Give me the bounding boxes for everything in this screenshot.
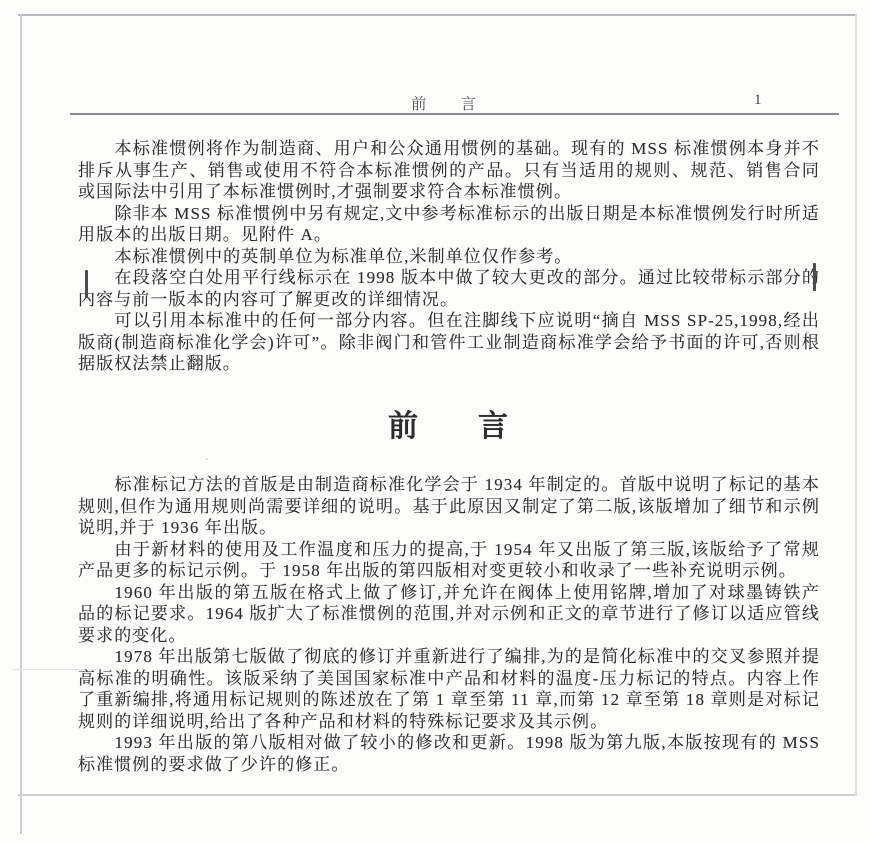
intro-paragraph: 本标准惯例将作为制造商、用户和公众通用惯例的基础。现有的 MSS 标准惯例本身并… xyxy=(78,138,820,203)
history-paragraph: 1978 年出版第七版做了彻底的修订并重新进行了编排,为的是简化标准中的交叉参照… xyxy=(78,646,820,732)
history-paragraph: 标准标记方法的首版是由制造商标准化学会于 1934 年制定的。首版中说明了标记的… xyxy=(78,474,820,539)
history-paragraph: 1960 年出版的第五版在格式上做了修订,并允许在阀体上使用铭牌,增加了对球墨铸… xyxy=(78,582,820,647)
scan-frame-right-line xyxy=(855,14,857,796)
revision-mark-left-bar xyxy=(85,270,88,298)
intro-paragraph: 可以引用本标准中的任何一部分内容。但在注脚线下应说明“摘自 MSS SP-25,… xyxy=(78,310,820,375)
intro-paragraph: 除非本 MSS 标准惯例中另有规定,文中参考标准标示的出版日期是本标准惯例发行时… xyxy=(78,203,820,246)
scan-frame-top-line xyxy=(18,14,857,16)
history-text-block: 标准标记方法的首版是由制造商标准化学会于 1934 年制定的。首版中说明了标记的… xyxy=(78,474,820,775)
scan-speck xyxy=(205,458,208,460)
running-header-title: 前 言 xyxy=(411,92,477,114)
section-heading-preface: 前 言 xyxy=(388,410,508,444)
scan-frame-left-line xyxy=(20,14,22,834)
intro-text-block: 本标准惯例将作为制造商、用户和公众通用惯例的基础。现有的 MSS 标准惯例本身并… xyxy=(78,138,820,375)
history-paragraph: 1993 年出版的第八版相对做了较小的修改和更新。1998 版为第九版,本版按现… xyxy=(78,732,820,775)
scan-frame-bottom-line xyxy=(18,794,856,796)
revision-mark-right-bar xyxy=(813,263,816,291)
scanned-document-page: 前 言 1 本标准惯例将作为制造商、用户和公众通用惯例的基础。现有的 MSS 标… xyxy=(0,0,870,842)
history-paragraph: 由于新材料的使用及工作温度和压力的提高,于 1954 年又出版了第三版,该版给予… xyxy=(78,539,820,582)
header-rule xyxy=(70,113,839,115)
intro-paragraph: 本标准惯例中的英制单位为标准单位,米制单位仅作参考。 xyxy=(78,246,820,268)
page-number: 1 xyxy=(754,92,762,109)
intro-paragraph-revision-marked: 在段落空白处用平行线标示在 1998 版本中做了较大更改的部分。通过比较带标示部… xyxy=(78,267,820,310)
